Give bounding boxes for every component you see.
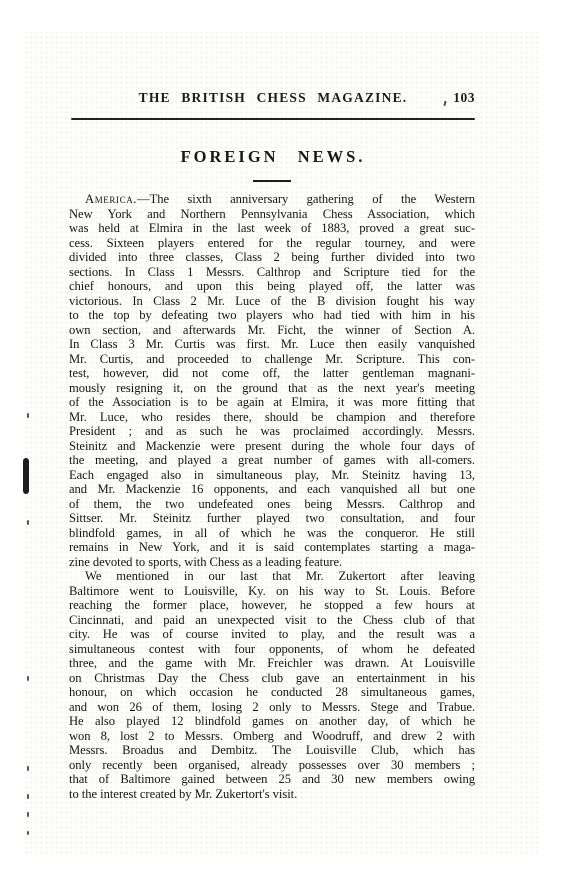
text-line: to the top by defeating two players who … <box>69 308 475 323</box>
text-line: America.—The sixth anniversary gathering… <box>69 192 475 207</box>
text-line: President ; and as such he was proclaime… <box>69 424 475 439</box>
text-line: of them, the two undefeated ones being M… <box>69 497 475 512</box>
text-line: divided into three classes, Class 2 bein… <box>69 250 475 265</box>
text-line: and won 26 of them, losing 2 only to Mes… <box>69 700 475 715</box>
text-line: remains in New York, and it is said cont… <box>69 540 475 555</box>
scan-artifact <box>27 413 29 418</box>
text-line: to the interest created by Mr. Zukertort… <box>69 787 475 802</box>
text-line: Cincinnati, and paid an unexpected visit… <box>69 613 475 628</box>
text-line: In Class 3 Mr. Curtis was first. Mr. Luc… <box>69 337 475 352</box>
text-line: three, and the game with Mr. Freichler w… <box>69 656 475 671</box>
text-line: Sittser. Mr. Steinitz further played two… <box>69 511 475 526</box>
text-line: New York and Northern Pennsylvania Chess… <box>69 207 475 222</box>
text-line: Mr. Luce, who resides there, should be c… <box>69 410 475 425</box>
scan-artifact <box>27 794 29 799</box>
text-line: Each engaged also in simultaneous play, … <box>69 468 475 483</box>
scan-artifact <box>27 812 29 817</box>
text-line: Mr. Curtis, and proceeded to challenge M… <box>69 352 475 367</box>
scan-artifact <box>27 520 29 525</box>
text-line: honour, on which occasion he conducted 2… <box>69 685 475 700</box>
magazine-page: THE BRITISH CHESS MAGAZINE. 103 FOREIGN … <box>0 0 564 885</box>
article-title: FOREIGN NEWS. <box>71 147 475 167</box>
text-line: zine devoted to sports, with Chess as a … <box>69 555 475 570</box>
text-line: Messrs. Broadus and Dembitz. The Louisvi… <box>69 743 475 758</box>
text-line: chief honours, and upon this being playe… <box>69 279 475 294</box>
text-segment: —The sixth anniversary gathering of the … <box>137 192 475 206</box>
text-line: mously resigning it, on the ground that … <box>69 381 475 396</box>
scan-artifact <box>27 831 29 835</box>
text-line: simultaneous contest with four opponents… <box>69 642 475 657</box>
text-line: on Christmas Day the Chess club gave an … <box>69 671 475 686</box>
paragraph: We mentioned in our last that Mr. Zukert… <box>69 569 475 801</box>
running-header: THE BRITISH CHESS MAGAZINE. 103 <box>71 90 475 107</box>
text-line: won 8, lost 2 to Messrs. Omberg and Wood… <box>69 729 475 744</box>
text-line: of the Association is to be again at Elm… <box>69 395 475 410</box>
scan-artifact <box>27 766 29 771</box>
text-line: the meeting, and played a great number o… <box>69 453 475 468</box>
text-line: victorious. In Class 2 Mr. Luce of the B… <box>69 294 475 309</box>
text-line: Steinitz and Mackenzie were present duri… <box>69 439 475 454</box>
text-line: city. He was of course invited to play, … <box>69 627 475 642</box>
text-line: reaching the former place, however, he s… <box>69 598 475 613</box>
text-line: He also played 12 blindfold games on ano… <box>69 714 475 729</box>
text-line: only recently been organised, already po… <box>69 758 475 773</box>
header-divider-rule <box>71 118 475 120</box>
text-line: sections. In Class 1 Messrs. Calthrop an… <box>69 265 475 280</box>
text-line: was held at Elmira in the last week of 1… <box>69 221 475 236</box>
magazine-title: THE BRITISH CHESS MAGAZINE. <box>71 90 475 106</box>
page-number: 103 <box>453 90 475 106</box>
paragraph: America.—The sixth anniversary gathering… <box>69 192 475 569</box>
scan-artifact <box>23 458 29 494</box>
title-underline-rule <box>253 180 291 182</box>
text-line: test, however, did not come off, the lat… <box>69 366 475 381</box>
lead-word: America. <box>85 192 137 206</box>
text-line: We mentioned in our last that Mr. Zukert… <box>69 569 475 584</box>
text-line: that of Baltimore gained between 25 and … <box>69 772 475 787</box>
text-line: Baltimore went to Louisville, Ky. on his… <box>69 584 475 599</box>
text-line: and Mr. Mackenzie 16 opponents, and each… <box>69 482 475 497</box>
text-line: own section, and afterwards Mr. Ficht, t… <box>69 323 475 338</box>
text-line: cess. Sixteen players entered for the re… <box>69 236 475 251</box>
text-line: blindfold games, in all of which he was … <box>69 526 475 541</box>
article-body: America.—The sixth anniversary gathering… <box>69 192 475 801</box>
scan-artifact <box>27 676 29 681</box>
